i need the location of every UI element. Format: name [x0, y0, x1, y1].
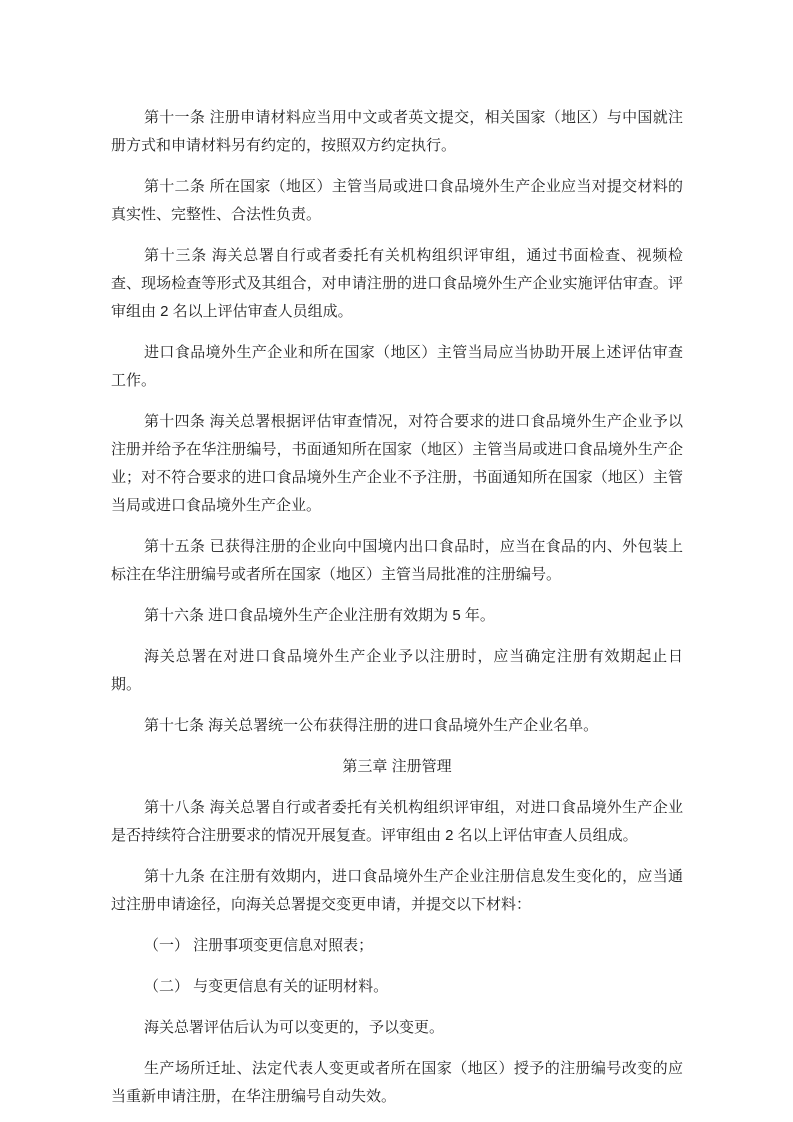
list-item: （二） 与变更信息有关的证明材料。 [111, 973, 683, 1001]
paragraph: 第十二条 所在国家（地区）主管当局或进口食品境外生产企业应当对提交材料的真实性、… [111, 173, 683, 229]
paragraph: 第十一条 注册申请材料应当用中文或者英文提交，相关国家（地区）与中国就注册方式和… [111, 104, 683, 160]
paragraph: 进口食品境外生产企业和所在国家（地区）主管当局应当协助开展上述评估审查工作。 [111, 339, 683, 395]
paragraph: 第十六条 进口食品境外生产企业注册有效期为 5 年。 [111, 602, 683, 630]
document-content: 第十一条 注册申请材料应当用中文或者英文提交，相关国家（地区）与中国就注册方式和… [111, 104, 683, 1111]
paragraph: 生产场所迁址、法定代表人变更或者所在国家（地区）授予的注册编号改变的应当重新申请… [111, 1055, 683, 1111]
paragraph: 第十四条 海关总署根据评估审查情况，对符合要求的进口食品境外生产企业予以注册并给… [111, 408, 683, 520]
paragraph: 海关总署评估后认为可以变更的，予以变更。 [111, 1014, 683, 1042]
document-page: 第十一条 注册申请材料应当用中文或者英文提交，相关国家（地区）与中国就注册方式和… [0, 0, 793, 1122]
paragraph: 第十七条 海关总署统一公布获得注册的进口食品境外生产企业名单。 [111, 712, 683, 740]
list-item: （一） 注册事项变更信息对照表； [111, 932, 683, 960]
paragraph: 第十五条 已获得注册的企业向中国境内出口食品时，应当在食品的内、外包装上标注在华… [111, 533, 683, 589]
paragraph: 第十八条 海关总署自行或者委托有关机构组织评审组，对进口食品境外生产企业是否持续… [111, 794, 683, 850]
paragraph: 海关总署在对进口食品境外生产企业予以注册时，应当确定注册有效期起止日期。 [111, 643, 683, 699]
chapter-heading: 第三章 注册管理 [111, 753, 683, 781]
paragraph: 第十三条 海关总署自行或者委托有关机构组织评审组，通过书面检查、视频检查、现场检… [111, 242, 683, 326]
paragraph: 第十九条 在注册有效期内，进口食品境外生产企业注册信息发生变化的，应当通过注册申… [111, 863, 683, 919]
